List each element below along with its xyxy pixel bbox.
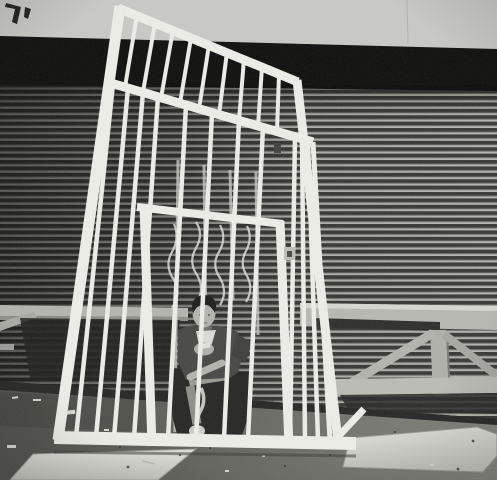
- film-grain-overlay: [0, 0, 497, 480]
- photograph: [0, 0, 497, 480]
- photo-canvas: [0, 0, 497, 480]
